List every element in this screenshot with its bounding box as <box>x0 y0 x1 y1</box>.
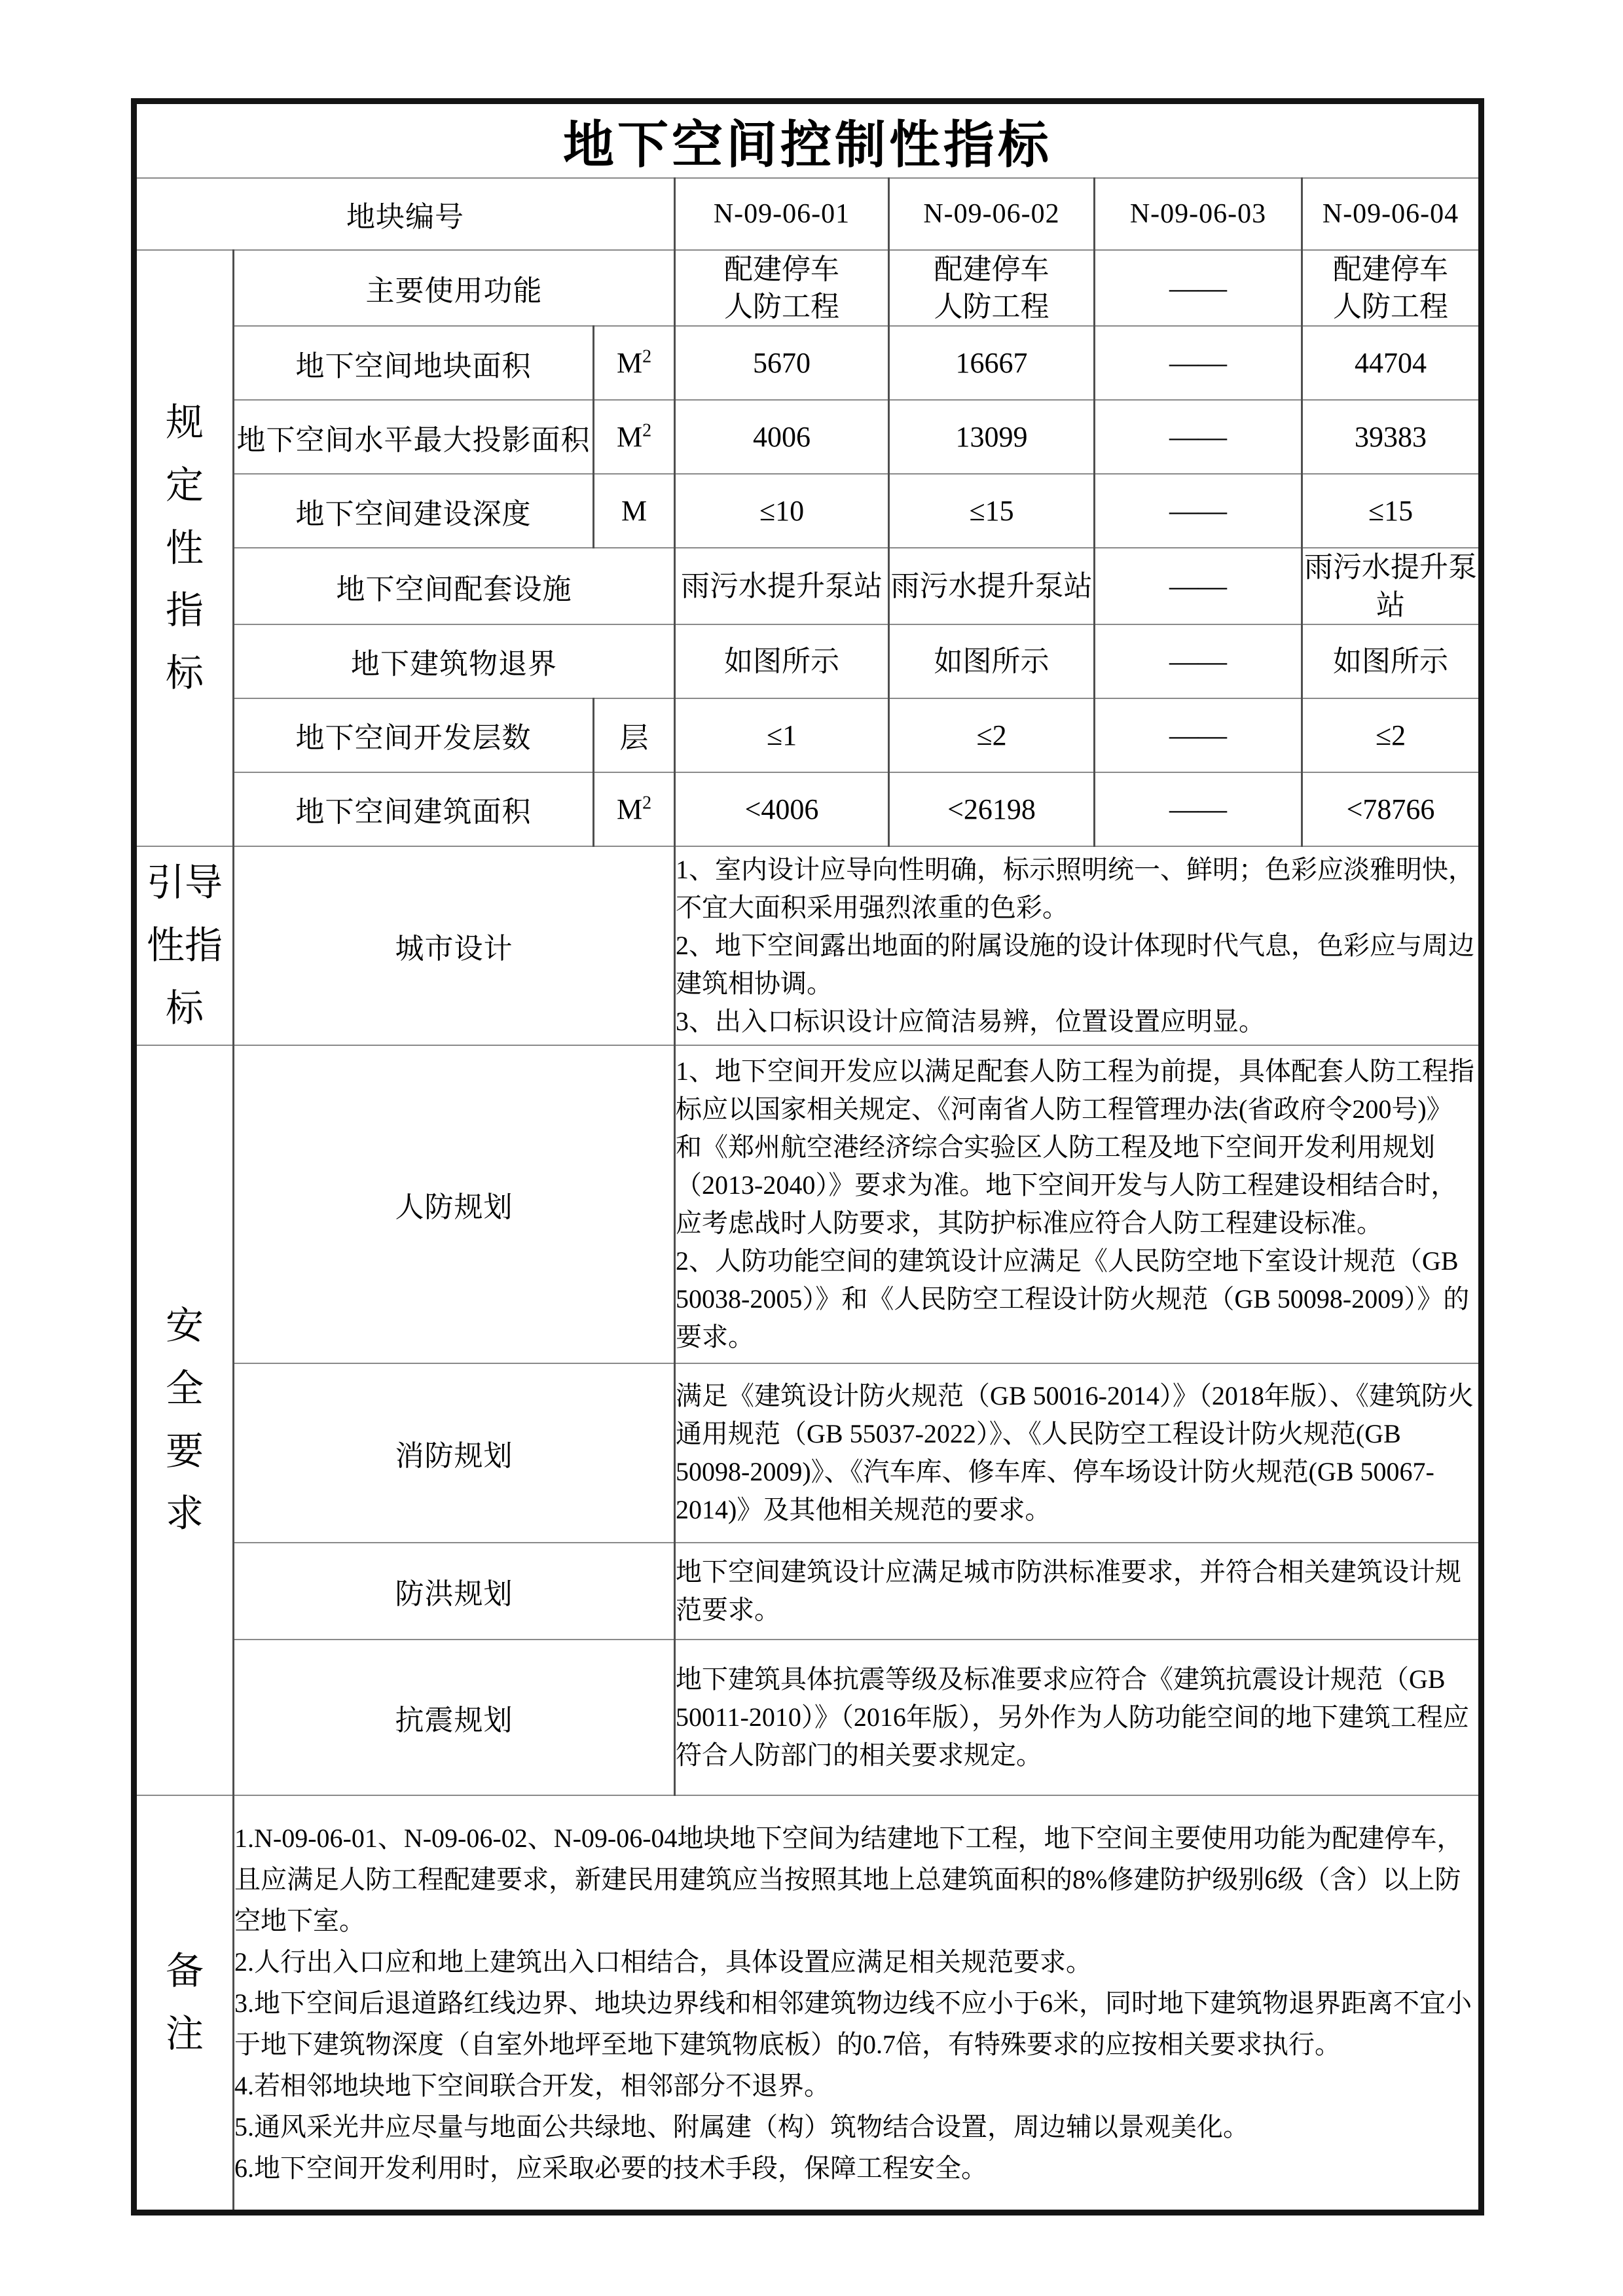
section-header-guiding: 引导 性指 标 <box>134 846 234 1045</box>
indicator-value: 13099 <box>889 400 1095 474</box>
indicator-value: ≤15 <box>889 474 1095 548</box>
indicator-value: ≤10 <box>675 474 889 548</box>
indicator-value: 39383 <box>1302 400 1482 474</box>
unit-base: M <box>621 495 647 527</box>
indicator-value: 配建停车 人防工程 <box>1302 250 1482 326</box>
row-remarks: 备 注 1.N-09-06-01、N-09-06-02、N-09-06-04地块… <box>134 1795 1482 2213</box>
row-civil-defense: 安 全 要 求 人防规划 1、地下空间开发应以满足配套人防工程为前提，具体配套人… <box>134 1045 1482 1363</box>
fire-planning-text: 满足《建筑设计防火规范（GB 50016-2014）》（2018年版）、《建筑防… <box>675 1363 1482 1543</box>
indicator-value: ≤1 <box>675 698 889 772</box>
indicator-value: —— <box>1095 250 1302 326</box>
indicator-value: —— <box>1095 772 1302 846</box>
civil-defense-text: 1、地下空间开发应以满足配套人防工程为前提，具体配套人防工程指标应以国家相关规定… <box>675 1045 1482 1363</box>
urban-design-text: 1、室内设计应导向性明确，标示照明统一、鲜明；色彩应淡雅明快，不宜大面积采用强烈… <box>675 846 1482 1045</box>
plot-number-label: 地块编号 <box>134 178 675 250</box>
indicator-value: 雨污水提升泵站 <box>889 548 1095 624</box>
indicator-label: 主要使用功能 <box>234 250 675 326</box>
indicator-value: 44704 <box>1302 326 1482 400</box>
civil-defense-label: 人防规划 <box>234 1045 675 1363</box>
unit-superscript: 2 <box>642 421 651 441</box>
unit-base: M <box>617 421 642 453</box>
indicator-value: 4006 <box>675 400 889 474</box>
row-max-projection-area: 地下空间水平最大投影面积 M2 4006 13099 —— 39383 <box>134 400 1482 474</box>
row-plot-area: 地下空间地块面积 M2 5670 16667 —— 44704 <box>134 326 1482 400</box>
urban-design-label: 城市设计 <box>234 846 675 1045</box>
indicator-value: ≤2 <box>889 698 1095 772</box>
plot-id-2: N-09-06-02 <box>889 178 1095 250</box>
indicator-value: —— <box>1095 326 1302 400</box>
indicator-value: 配建停车 人防工程 <box>675 250 889 326</box>
indicator-value: <78766 <box>1302 772 1482 846</box>
remarks-text: 1.N-09-06-01、N-09-06-02、N-09-06-04地块地下空间… <box>234 1795 1482 2213</box>
indicator-value: 雨污水提升泵站 <box>1302 548 1482 624</box>
title-row: 地下空间控制性指标 <box>134 101 1482 179</box>
seismic-planning-text: 地下建筑具体抗震等级及标准要求应符合《建筑抗震设计规范（GB 50011-201… <box>675 1640 1482 1795</box>
indicator-unit: M2 <box>594 772 675 846</box>
indicator-label: 地下空间建设深度 <box>234 474 594 548</box>
unit-base: M <box>617 793 642 825</box>
indicator-unit: 层 <box>594 698 675 772</box>
page-title: 地下空间控制性指标 <box>134 101 1482 179</box>
document-sheet: 地下空间控制性指标 地块编号 N-09-06-01 N-09-06-02 N-0… <box>131 98 1484 2215</box>
indicator-label: 地下空间建筑面积 <box>234 772 594 846</box>
seismic-planning-label: 抗震规划 <box>234 1640 675 1795</box>
row-seismic-planning: 抗震规划 地下建筑具体抗震等级及标准要求应符合《建筑抗震设计规范（GB 5001… <box>134 1640 1482 1795</box>
fire-planning-label: 消防规划 <box>234 1363 675 1543</box>
indicator-value: ≤2 <box>1302 698 1482 772</box>
indicator-value: ≤15 <box>1302 474 1482 548</box>
row-development-floors: 地下空间开发层数 层 ≤1 ≤2 —— ≤2 <box>134 698 1482 772</box>
indicator-value: 雨污水提升泵站 <box>675 548 889 624</box>
row-construction-depth: 地下空间建设深度 M ≤10 ≤15 —— ≤15 <box>134 474 1482 548</box>
row-supporting-facilities: 地下空间配套设施 雨污水提升泵站 雨污水提升泵站 —— 雨污水提升泵站 <box>134 548 1482 624</box>
section-header-safety: 安 全 要 求 <box>134 1045 234 1795</box>
unit-base: 层 <box>620 722 649 754</box>
row-main-function: 规 定 性 指 标 主要使用功能 配建停车 人防工程 配建停车 人防工程 —— … <box>134 250 1482 326</box>
flood-planning-label: 防洪规划 <box>234 1543 675 1640</box>
indicator-value: 16667 <box>889 326 1095 400</box>
indicator-value: 配建停车 人防工程 <box>889 250 1095 326</box>
section-header-regulatory: 规 定 性 指 标 <box>134 250 234 846</box>
indicator-value: —— <box>1095 698 1302 772</box>
indicator-value: <4006 <box>675 772 889 846</box>
indicator-value: —— <box>1095 400 1302 474</box>
indicator-value: 如图所示 <box>1302 624 1482 698</box>
indicator-label: 地下建筑物退界 <box>234 624 675 698</box>
flood-planning-text: 地下空间建筑设计应满足城市防洪标准要求，并符合相关建筑设计规范要求。 <box>675 1543 1482 1640</box>
plot-id-4: N-09-06-04 <box>1302 178 1482 250</box>
indicator-label: 地下空间开发层数 <box>234 698 594 772</box>
indicator-value: 如图所示 <box>889 624 1095 698</box>
row-urban-design: 引导 性指 标 城市设计 1、室内设计应导向性明确，标示照明统一、鲜明；色彩应淡… <box>134 846 1482 1045</box>
row-flood-planning: 防洪规划 地下空间建筑设计应满足城市防洪标准要求，并符合相关建筑设计规范要求。 <box>134 1543 1482 1640</box>
row-gross-floor-area: 地下空间建筑面积 M2 <4006 <26198 —— <78766 <box>134 772 1482 846</box>
indicator-label: 地下空间水平最大投影面积 <box>234 400 594 474</box>
indicator-label: 地下空间配套设施 <box>234 548 675 624</box>
indicator-unit: M <box>594 474 675 548</box>
row-building-setback: 地下建筑物退界 如图所示 如图所示 —— 如图所示 <box>134 624 1482 698</box>
indicator-value: —— <box>1095 548 1302 624</box>
remarks-header: 备 注 <box>134 1795 234 2213</box>
plot-id-3: N-09-06-03 <box>1095 178 1302 250</box>
indicator-value: —— <box>1095 624 1302 698</box>
plot-number-row: 地块编号 N-09-06-01 N-09-06-02 N-09-06-03 N-… <box>134 178 1482 250</box>
indicator-value: —— <box>1095 474 1302 548</box>
unit-base: M <box>617 347 642 379</box>
indicator-label: 地下空间地块面积 <box>234 326 594 400</box>
unit-superscript: 2 <box>642 347 651 367</box>
indicator-value: <26198 <box>889 772 1095 846</box>
plot-id-1: N-09-06-01 <box>675 178 889 250</box>
indicator-value: 如图所示 <box>675 624 889 698</box>
unit-superscript: 2 <box>642 793 651 813</box>
indicator-value: 5670 <box>675 326 889 400</box>
indicator-unit: M2 <box>594 326 675 400</box>
row-fire-planning: 消防规划 满足《建筑设计防火规范（GB 50016-2014）》（2018年版）… <box>134 1363 1482 1543</box>
control-indicators-table: 地下空间控制性指标 地块编号 N-09-06-01 N-09-06-02 N-0… <box>131 98 1484 2215</box>
indicator-unit: M2 <box>594 400 675 474</box>
